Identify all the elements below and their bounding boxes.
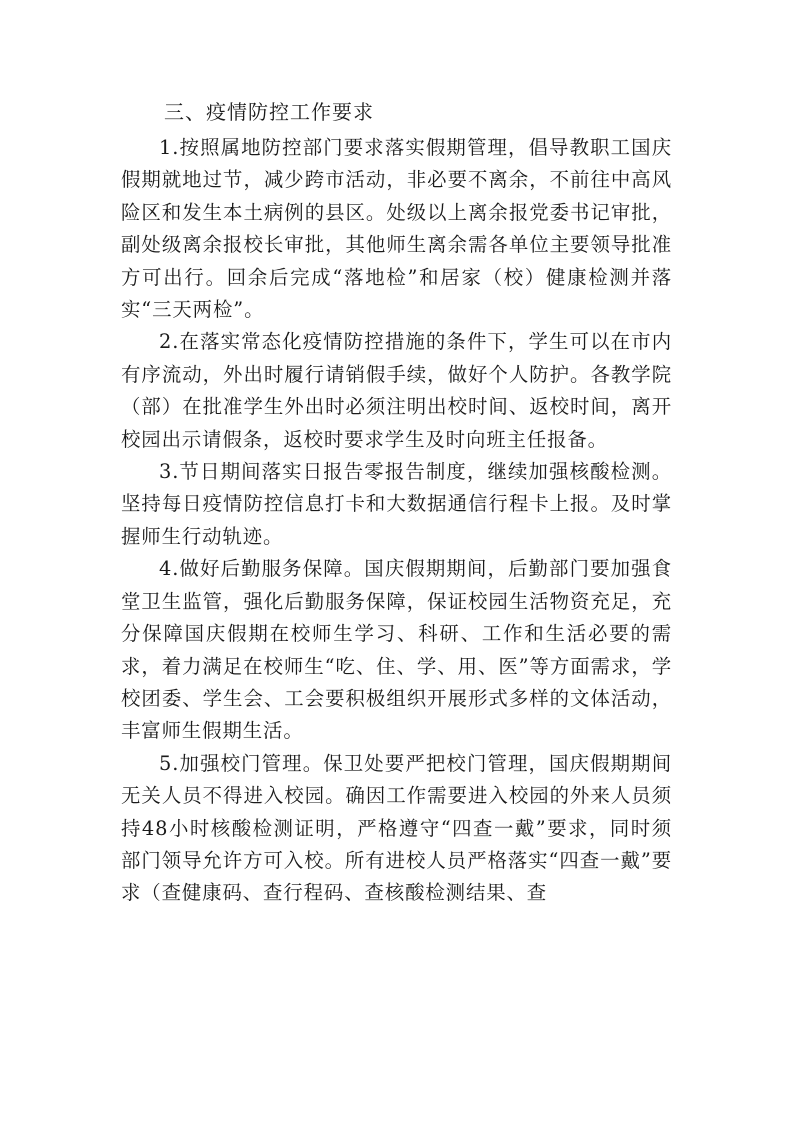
document-page: 三、疫情防控工作要求 1.按照属地防控部门要求落实假期管理，倡导教职工国庆假期就… — [0, 0, 793, 1122]
paragraph-1: 1.按照属地防控部门要求落实假期管理，倡导教职工国庆假期就地过节，减少跨市活动，… — [121, 132, 672, 326]
section-heading: 三、疫情防控工作要求 — [121, 96, 672, 128]
document-body: 三、疫情防控工作要求 1.按照属地防控部门要求落实假期管理，倡导教职工国庆假期就… — [121, 96, 672, 910]
paragraph-4: 4.做好后勤服务保障。国庆假期期间，后勤部门要加强食堂卫生监管，强化后勤服务保障… — [121, 553, 672, 747]
paragraph-3: 3.节日期间落实日报告零报告制度，继续加强核酸检测。坚持每日疫情防控信息打卡和大… — [121, 456, 672, 553]
paragraph-5: 5.加强校门管理。保卫处要严把校门管理，国庆假期期间无关人员不得进入校园。确因工… — [121, 748, 672, 910]
paragraph-2: 2.在落实常态化疫情防控措施的条件下，学生可以在市内有序流动，外出时履行请销假手… — [121, 326, 672, 456]
